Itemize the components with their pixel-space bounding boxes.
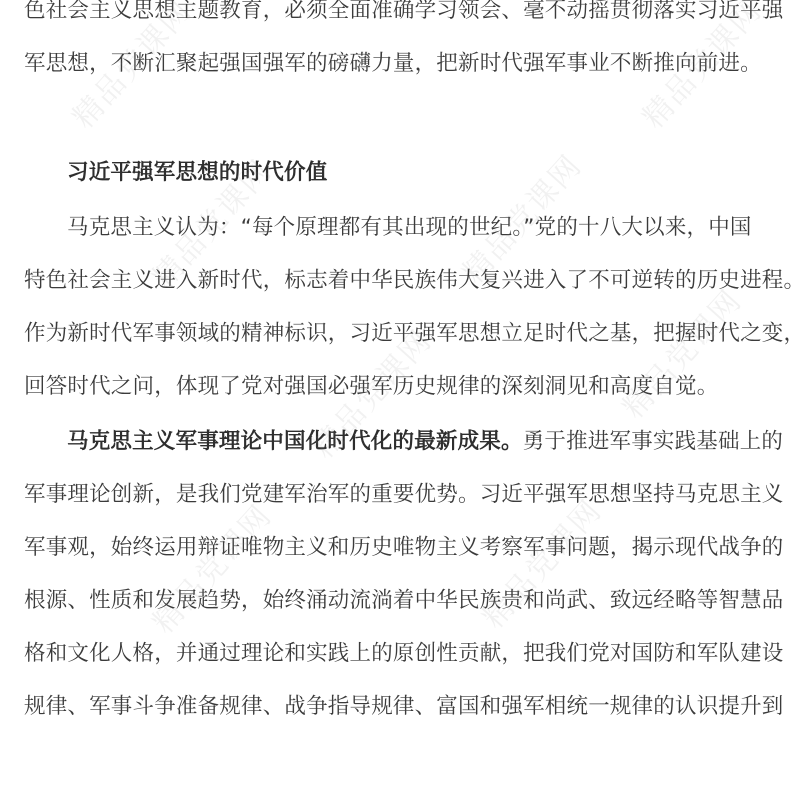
paragraph-1-line-4: 回答时代之问，体现了党对强国必强军历史规律的深刻洞见和高度自觉。 — [24, 372, 718, 402]
paragraph-2-line-4: 根源、性质和发展趋势，始终涌动流淌着中华民族贵和尚武、致远经略等智慧品 — [24, 586, 784, 616]
paragraph-2-line-5: 格和文化人格，并通过理论和实践上的原创性贡献，把我们党对国防和军队建设 — [24, 639, 784, 669]
paragraph-2-line-1: 马克思主义军事理论中国化时代化的最新成果。勇于推进军事实践基础上的 — [67, 427, 783, 457]
paragraph-2-bold-lead: 马克思主义军事理论中国化时代化的最新成果。 — [67, 429, 523, 454]
paragraph-2-line-2: 军事理论创新，是我们党建军治军的重要优势。习近平强军思想坚持马克思主义 — [24, 480, 784, 510]
text-line-intro-2: 军思想，不断汇聚起强国强军的磅礴力量，把新时代强军事业不断推向前进。 — [24, 49, 762, 79]
paragraph-1-line-3: 作为新时代军事领域的精神标识，习近平强军思想立足时代之基，把握时代之变， — [24, 319, 800, 349]
watermark: 精品党课网 — [140, 493, 280, 641]
paragraph-1-line-2: 特色社会主义进入新时代，标志着中华民族伟大复兴进入了不可逆转的历史进程。 — [24, 266, 800, 296]
watermark: 精品党课网 — [610, 278, 750, 426]
text-line-intro-1: 色社会主义思想主题教育，必须全面准确学习领会、毫不动摇贯彻落实习近平强 — [24, 0, 784, 26]
paragraph-2-line-6: 规律、军事斗争准备规律、战争指导规律、富国和强军相统一规律的认识提升到 — [24, 692, 784, 722]
paragraph-2-first-rest: 勇于推进军事实践基础上的 — [523, 429, 783, 454]
section-heading: 习近平强军思想的时代价值 — [67, 158, 327, 188]
paragraph-2-line-3: 军事观，始终运用辩证唯物主义和历史唯物主义考察军事问题，揭示现代战争的 — [24, 533, 784, 563]
paragraph-1-line-1: 马克思主义认为：“每个原理都有其出现的世纪。”党的十八大以来，中国 — [67, 213, 752, 243]
document-page: 色社会主义思想主题教育，必须全面准确学习领会、毫不动摇贯彻落实习近平强 军思想，… — [0, 0, 800, 800]
